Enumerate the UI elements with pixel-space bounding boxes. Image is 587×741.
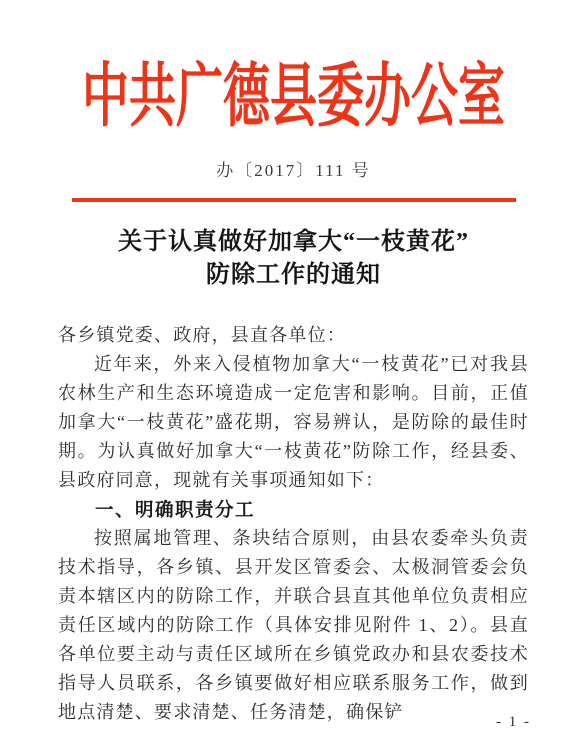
- section-heading-1: 一、明确职责分工: [58, 495, 529, 524]
- document-title-line1: 关于认真做好加拿大“一枝黄花”: [0, 226, 587, 259]
- body-paragraph-1: 近年来，外来入侵植物加拿大“一枝黄花”已对我县农林生产和生态环境造成一定危害和影…: [58, 350, 529, 495]
- document-number: 办〔2017〕111 号: [0, 156, 587, 181]
- red-divider-line: [72, 198, 516, 202]
- document-title: 关于认真做好加拿大“一枝黄花” 防除工作的通知: [0, 226, 587, 292]
- document-title-line2: 防除工作的通知: [0, 259, 587, 292]
- document-body: 各乡镇党委、政府，县直各单位： 近年来，外来入侵植物加拿大“一枝黄花”已对我县农…: [58, 321, 529, 727]
- official-document-page: 中共广德县委办公室 办〔2017〕111 号 关于认真做好加拿大“一枝黄花” 防…: [0, 0, 587, 741]
- body-paragraph-2: 按照属地管理、条块结合原则，由县农委牵头负责技术指导，各乡镇、县开发区管委会、太…: [58, 524, 529, 727]
- issuing-agency-title: 中共广德县委办公室: [82, 40, 505, 139]
- salutation-line: 各乡镇党委、政府，县直各单位：: [58, 321, 529, 350]
- page-number: - 1 -: [496, 714, 531, 731]
- letterhead: 中共广德县委办公室: [0, 44, 587, 136]
